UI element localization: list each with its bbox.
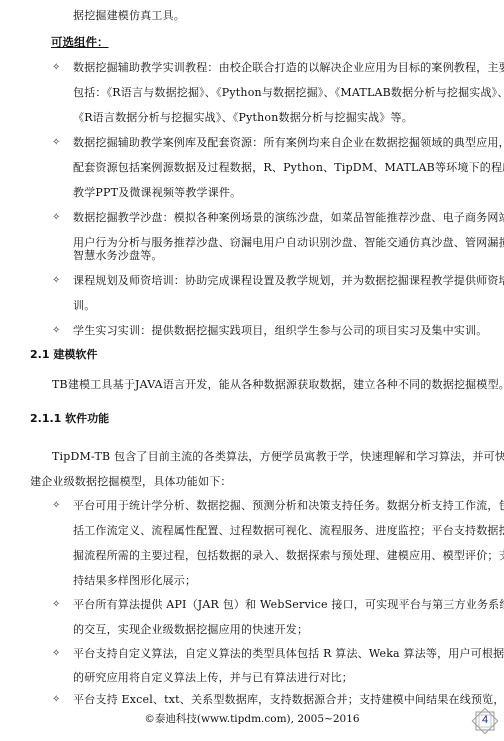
optional-item-4-line-1: 课程规划及师资培训：协助完成课程设置及教学规划，并为数据挖掘课程教学提供师资培 (73, 274, 504, 288)
feature-item-1-line-2: 括工作流定义、流程属性配置、过程数据可视化、流程服务、进度监控；平台支持数据挖 (73, 524, 504, 538)
bullet-diamond-icon: ✧ (52, 499, 60, 513)
feature-item-2-line-2: 的交互，实现企业级数据挖掘应用的快速开发； (73, 623, 308, 637)
optional-item-3-line-3: 智慧水务沙盘等。 (73, 249, 163, 263)
optional-item-4-line-2: 训。 (73, 299, 95, 313)
feature-item-1-line-1: 平台可用于统计学分析、数据挖掘、预测分析和决策支持任务。数据分析支持工作流，包 (73, 499, 504, 513)
section-2-1-paragraph: TB建模工具基于JAVA语言开发，能从各种数据源获取数据，建立各种不同的数据挖掘… (52, 378, 504, 392)
feature-item-3-line-1: 平台支持自定义算法，自定义算法的类型具体包括 R 算法、Weka 算法等，用户可… (73, 647, 504, 661)
bullet-diamond-icon: ✧ (52, 274, 60, 288)
section-2-1-heading: 2.1 建模软件 (30, 348, 97, 362)
feature-item-4-line-1: 平台支持 Excel、txt、关系型数据库，支持数据源合并；支持建模中间结果在线… (73, 693, 504, 707)
optional-item-1-line-1: 数据挖掘辅助教学实训教程：由校企联合打造的以解决企业应用为目标的案例教程，主要 (73, 61, 504, 75)
optional-item-5-line-1: 学生实习实训：提供数据挖掘实践项目，组织学生参与公司的项目实习及集中实训。 (73, 324, 487, 338)
intro-continuation: 据挖掘建模仿真工具。 (73, 9, 185, 23)
section-2-1-1-paragraph-line-2: 建企业级数据挖掘模型，具体功能如下： (30, 475, 232, 489)
feature-item-3-line-2: 的研究应用将自定义算法上传，并与已有算法进行对比； (73, 671, 353, 685)
optional-item-1-line-2: 包括：《R语言与数据挖掘》、《Python与数据挖掘》、《MATLAB数据分析与… (73, 86, 504, 100)
optional-item-3-line-1: 数据挖掘教学沙盘：模拟各种案例场景的演练沙盘，如菜品智能推荐沙盘、电子商务网站 (73, 211, 504, 225)
feature-item-1-line-3: 掘流程所需的主要过程，包括数据的录入、数据探索与预处理、建模应用、模型评价；支 (73, 549, 504, 563)
section-2-1-1-heading: 2.1.1 软件功能 (30, 412, 109, 426)
optional-item-1-line-3: 《R语言数据分析与挖掘实战》、《Python数据分析与挖掘实战》等。 (73, 111, 413, 125)
page-number: 4 (470, 713, 500, 727)
optional-item-2-line-1: 数据挖掘辅助教学案例库及配套资源：所有案例均来自企业在数据挖掘领域的典型应用， (73, 136, 504, 150)
bullet-diamond-icon: ✧ (52, 647, 60, 661)
optional-item-3-line-2: 用户行为分析与服务推荐沙盘、窃漏电用户自动识别沙盘、智能交通仿真沙盘、管网漏损 (73, 236, 504, 250)
bullet-diamond-icon: ✧ (52, 211, 60, 225)
feature-item-1-line-4: 持结果多样图形化展示； (73, 574, 196, 588)
bullet-diamond-icon: ✧ (52, 136, 60, 150)
bullet-diamond-icon: ✧ (52, 324, 60, 338)
feature-item-2-line-1: 平台所有算法提供 API（JAR 包）和 WebService 接口，可实现平台… (73, 598, 504, 612)
page-number-badge: 4 (470, 707, 500, 735)
optional-components-heading: 可选组件： (51, 35, 109, 49)
bullet-diamond-icon: ✧ (52, 598, 60, 612)
optional-item-2-line-2: 配套资源包括案例源数据及过程数据，R、Python、TipDM、MATLAB等环… (73, 161, 504, 175)
document-page: 据挖掘建模仿真工具。 可选组件： ✧ 数据挖掘辅助教学实训教程：由校企联合打造的… (0, 0, 504, 741)
optional-item-2-line-3: 教学PPT及微课视频等教学课件。 (73, 186, 241, 200)
section-2-1-1-paragraph-line-1: TipDM-TB 包含了目前主流的各类算法，方便学员寓教于学，快速理解和学习算法… (52, 450, 504, 464)
footer-copyright: ©泰迪科技(www.tipdm.com), 2005~2016 (0, 712, 504, 726)
bullet-diamond-icon: ✧ (52, 693, 60, 707)
bullet-diamond-icon: ✧ (52, 61, 60, 75)
